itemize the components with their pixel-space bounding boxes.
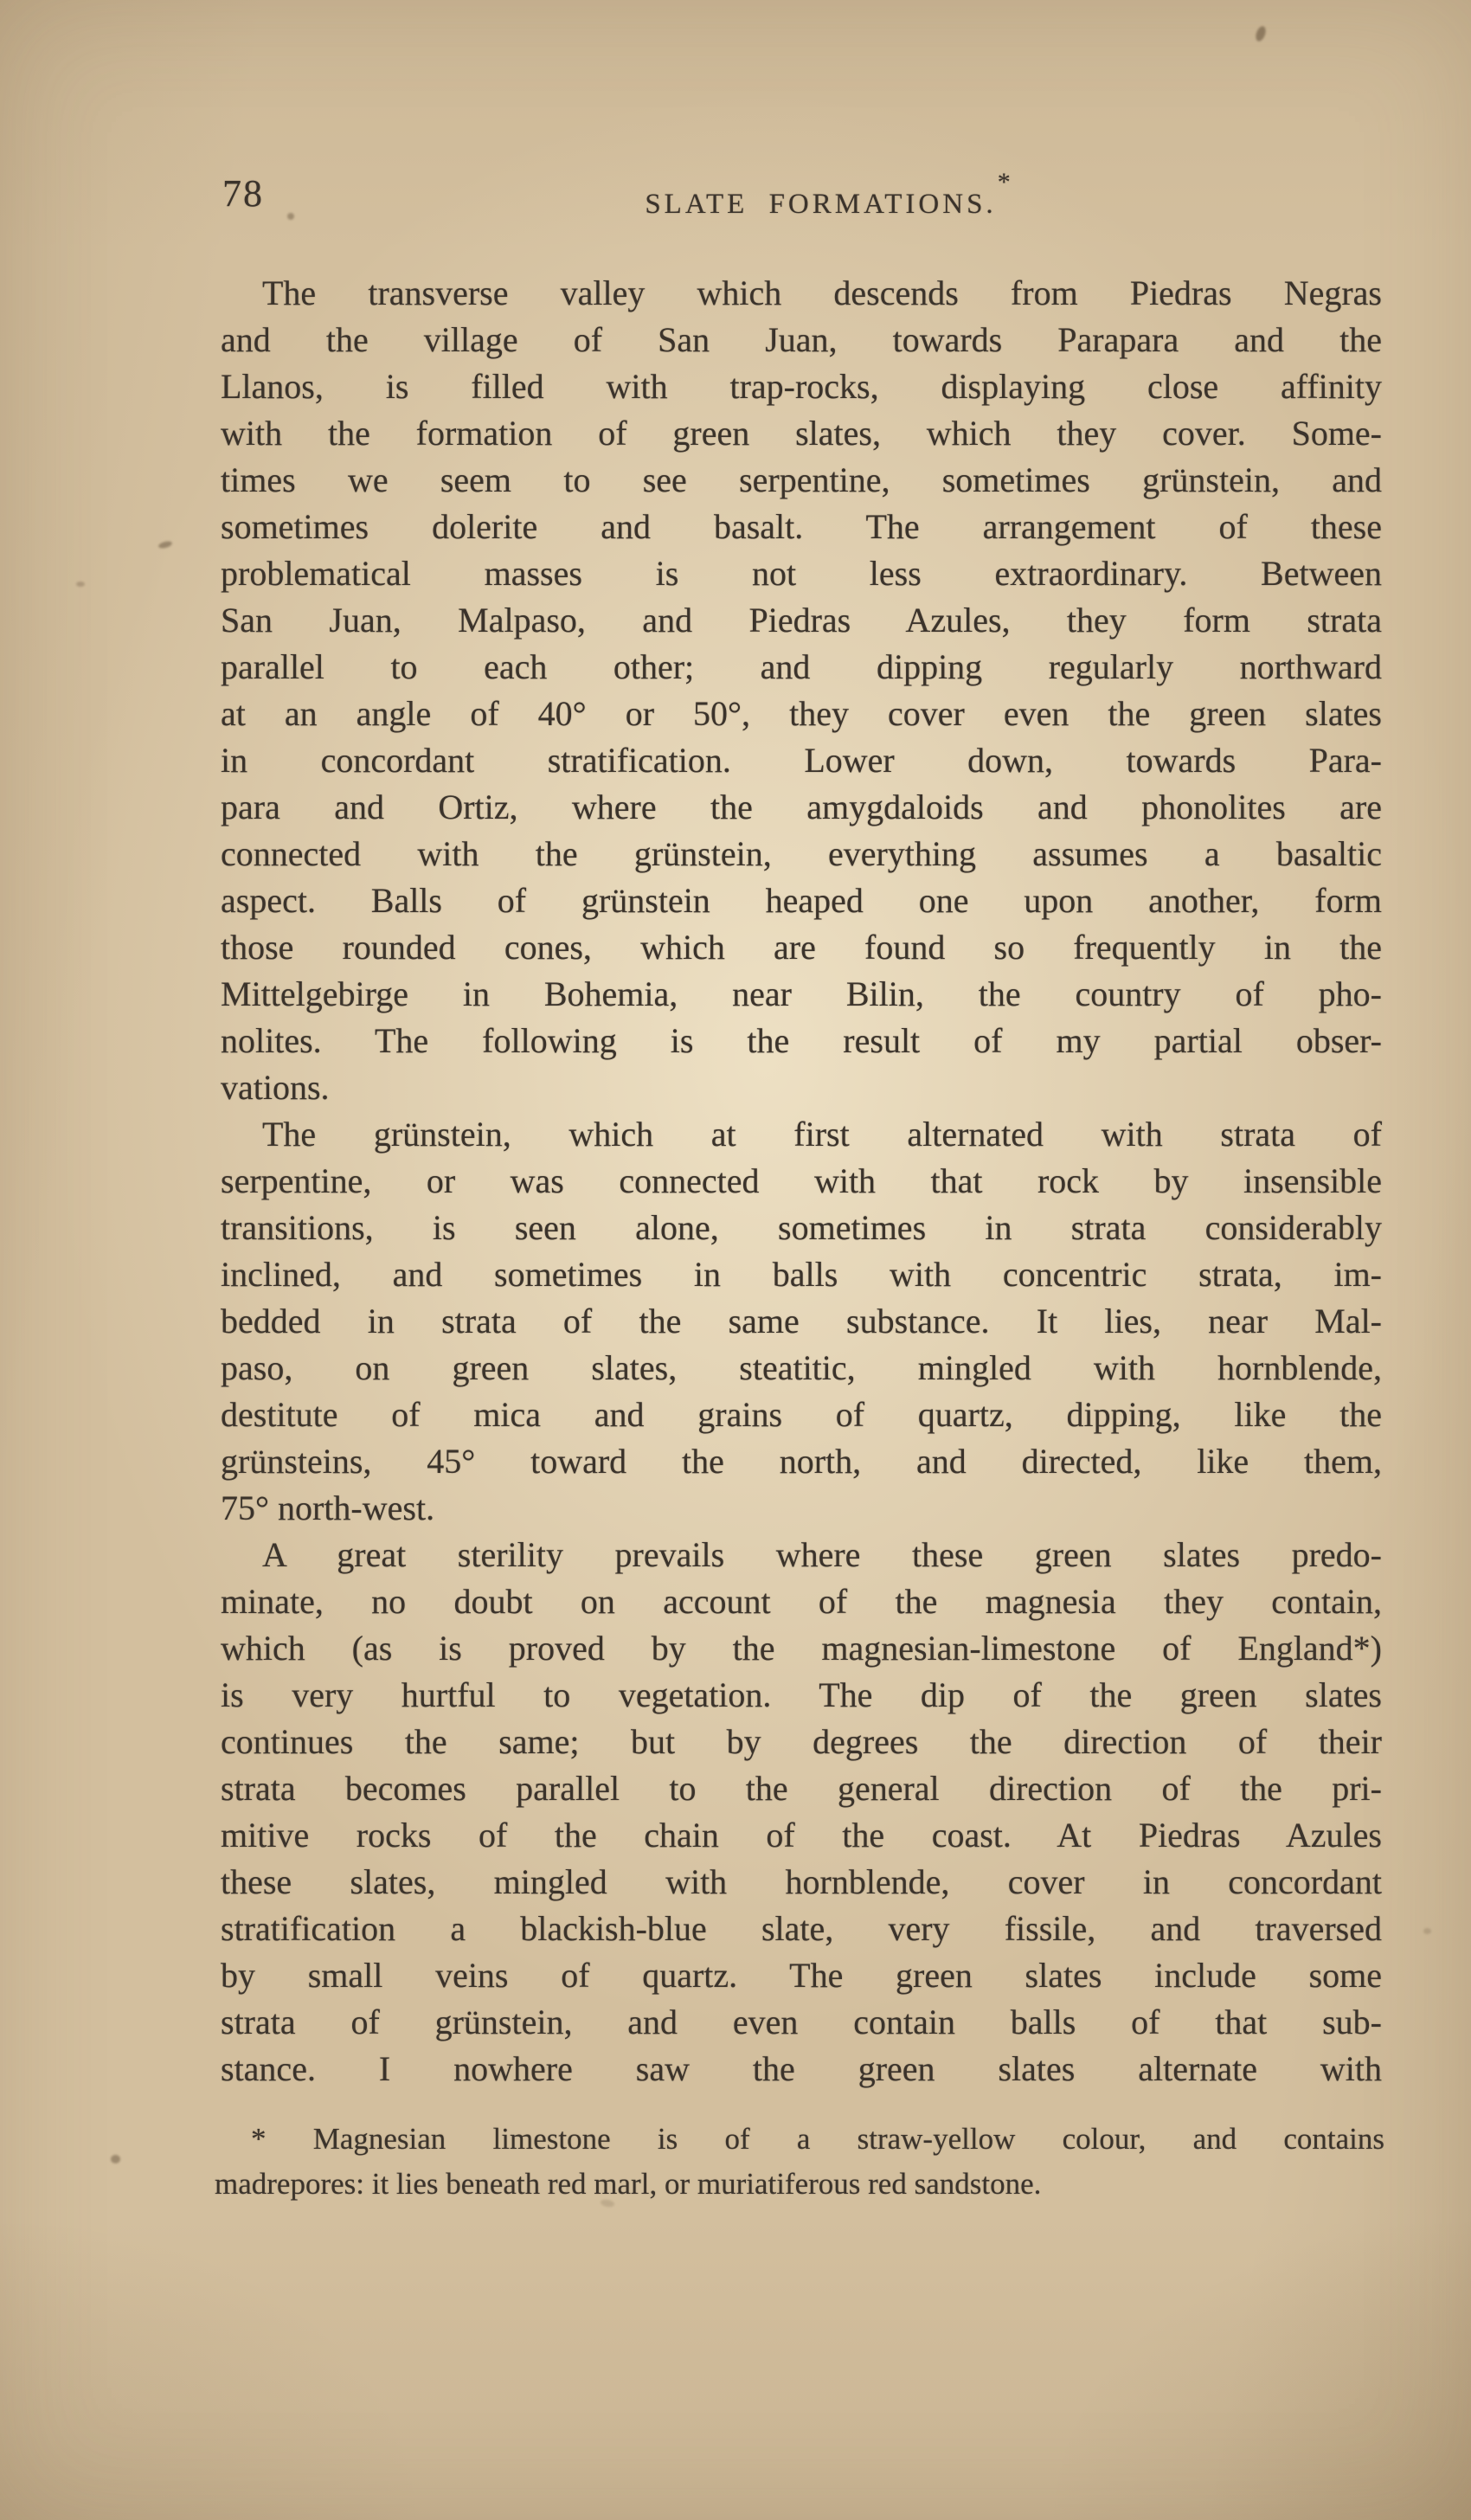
scan-speck	[1423, 1928, 1431, 1934]
text-line: mitive rocks of the chain of the coast. …	[221, 1812, 1382, 1859]
text-line: bedded in strata of the same substance. …	[221, 1298, 1382, 1345]
paragraph: The grünstein, which at first alternated…	[221, 1111, 1382, 1532]
running-head: SLATE FORMATIONS.*	[247, 170, 1408, 229]
text-line: Llanos, is filled with trap-rocks, displ…	[221, 363, 1382, 410]
text-line: A great sterility prevails where these g…	[221, 1532, 1382, 1578]
scan-speck	[111, 2155, 120, 2163]
text-line: parallel to each other; and dipping regu…	[221, 644, 1382, 691]
text-line: those rounded cones, which are found so …	[221, 924, 1382, 971]
text-line: San Juan, Malpaso, and Piedras Azules, t…	[221, 597, 1382, 644]
text-line: 75° north-west.	[221, 1485, 1382, 1532]
text-line: paso, on green slates, steatitic, mingle…	[221, 1345, 1382, 1392]
text-line: serpentine, or was connected with that r…	[221, 1158, 1382, 1205]
text-line: The transverse valley which descends fro…	[221, 270, 1382, 317]
paragraph: The transverse valley which descends fro…	[221, 270, 1382, 1111]
text-line: continues the same; but by degrees the d…	[221, 1719, 1382, 1765]
footnote-line: * Magnesian limestone is of a straw-yell…	[215, 2117, 1384, 2162]
text-line: para and Ortiz, where the amygdaloids an…	[221, 784, 1382, 831]
text-line: vations.	[221, 1064, 1382, 1111]
scanned-book-page: 78 SLATE FORMATIONS.* The transverse val…	[0, 0, 1471, 2520]
text-line: is very hurtful to vegetation. The dip o…	[221, 1672, 1382, 1719]
text-line: problematical masses is not less extraor…	[221, 550, 1382, 597]
text-line: which (as is proved by the magnesian-lim…	[221, 1625, 1382, 1672]
page-body: The transverse valley which descends fro…	[221, 270, 1382, 2092]
text-line: sometimes dolerite and basalt. The arran…	[221, 504, 1382, 550]
text-line: strata becomes parallel to the general d…	[221, 1765, 1382, 1812]
text-line: stratification a blackish-blue slate, ve…	[221, 1906, 1382, 1952]
footnote-line: madrepores: it lies beneath red marl, or…	[215, 2162, 1384, 2207]
text-line: transitions, is seen alone, sometimes in…	[221, 1205, 1382, 1251]
scan-speck	[1254, 25, 1268, 42]
text-line: and the village of San Juan, towards Par…	[221, 317, 1382, 363]
scan-speck	[157, 540, 172, 550]
text-line: strata of grünstein, and even contain ba…	[221, 1999, 1382, 2046]
running-head-text: SLATE FORMATIONS.	[645, 189, 996, 220]
paragraph: A great sterility prevails where these g…	[221, 1532, 1382, 2092]
text-line: inclined, and sometimes in balls with co…	[221, 1251, 1382, 1298]
footnote: * Magnesian limestone is of a straw-yell…	[215, 2117, 1384, 2207]
text-line: times we seem to see serpentine, sometim…	[221, 457, 1382, 504]
text-line: these slates, mingled with hornblende, c…	[221, 1859, 1382, 1906]
text-line: nolites. The following is the result of …	[221, 1018, 1382, 1064]
text-line: in concordant stratification. Lower down…	[221, 737, 1382, 784]
text-line: connected with the grünstein, everything…	[221, 831, 1382, 877]
text-line: minate, no doubt on account of the magne…	[221, 1578, 1382, 1625]
text-line: stance. I nowhere saw the green slates a…	[221, 2046, 1382, 2092]
text-line: at an angle of 40° or 50°, they cover ev…	[221, 691, 1382, 737]
text-line: by small veins of quartz. The green slat…	[221, 1952, 1382, 1999]
page-header: 78 SLATE FORMATIONS.*	[221, 170, 1382, 222]
text-line: aspect. Balls of grünstein heaped one up…	[221, 877, 1382, 924]
text-line: The grünstein, which at first alternated…	[221, 1111, 1382, 1158]
scan-speck	[76, 582, 85, 587]
text-line: Mittelgebirge in Bohemia, near Bilin, th…	[221, 971, 1382, 1018]
running-head-footnote-marker: *	[998, 168, 1011, 196]
scan-speck	[287, 213, 294, 220]
text-line: grünsteins, 45° toward the north, and di…	[221, 1438, 1382, 1485]
text-line: destitute of mica and grains of quartz, …	[221, 1392, 1382, 1438]
text-line: with the formation of green slates, whic…	[221, 410, 1382, 457]
